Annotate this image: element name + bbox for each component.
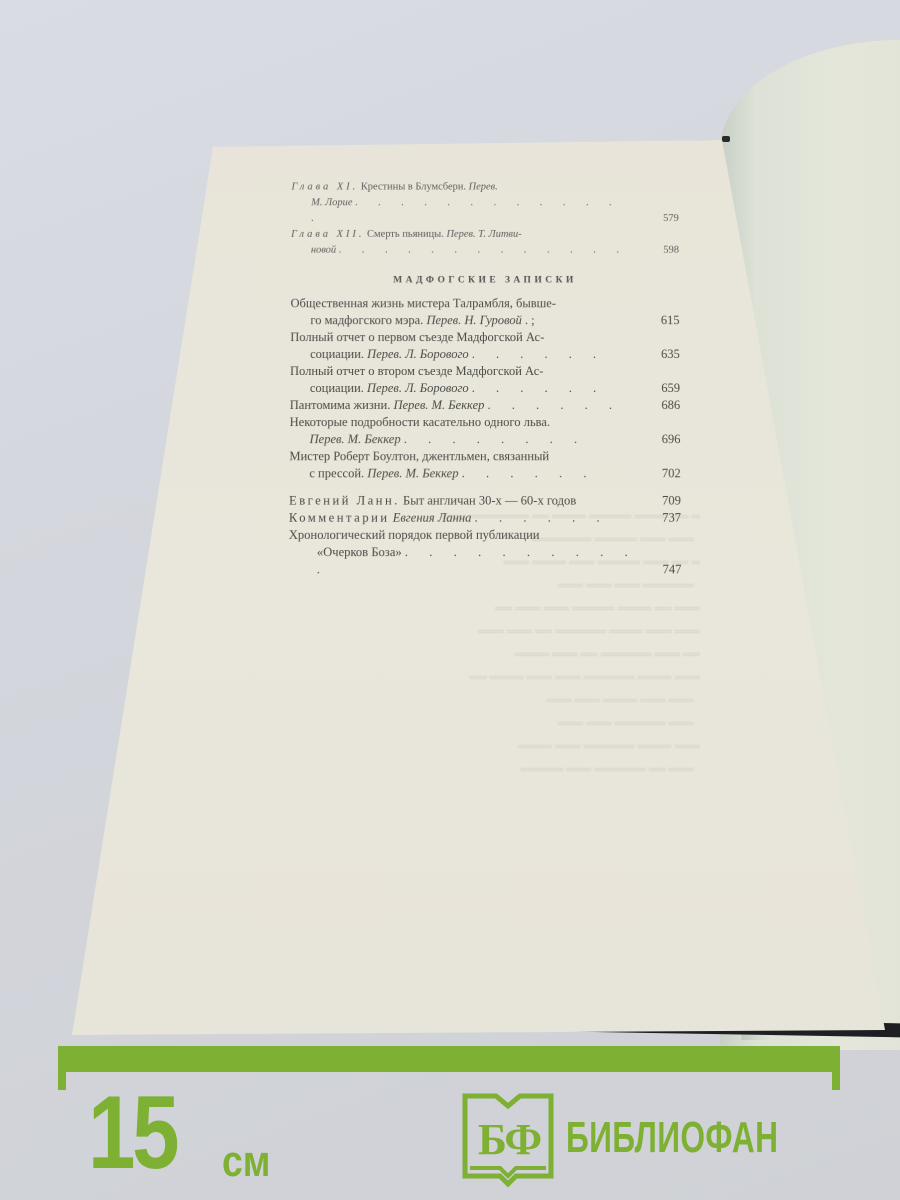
page-number: 696 — [638, 431, 680, 448]
page-number: 702 — [639, 465, 681, 482]
page-number: 709 — [639, 492, 681, 509]
chapter-label: Глава XI. — [291, 182, 358, 193]
entry-title-cont: социации. — [310, 347, 364, 361]
page-number: 615 — [638, 312, 680, 329]
page-number: 635 — [638, 346, 680, 363]
author-name: Евгений Ланн. — [289, 493, 400, 507]
entry-title: Некоторые подробности касательно одного … — [290, 414, 681, 431]
translator: Перев. Л. Борового — [367, 347, 468, 361]
entry-title: Быт англичан 30-х — 60-х годов — [403, 493, 576, 507]
ruler-tick-right — [832, 1046, 840, 1090]
toc-entry: Глава XI. Крестины в Блумсбери. Перев. М… — [291, 180, 679, 227]
size-ruler-bar — [58, 1046, 840, 1072]
translator: Перев. М. Беккер — [393, 398, 484, 412]
entry-title: Хронологический порядок первой публикаци… — [289, 527, 682, 544]
toc-entry: Евгений Ланн. Быт англичан 30-х — 60-х г… — [289, 492, 681, 509]
page-number: 659 — [638, 380, 680, 397]
entry-title: Мистер Роберт Боултон, джентльмен, связа… — [289, 448, 680, 465]
entry-title-cont: го мадфогского мэра. — [310, 313, 423, 327]
entry-title-cont: социации. — [310, 381, 364, 395]
toc-entry: Полный отчет о первом съезде Мадфогской … — [290, 329, 680, 363]
cover-corner — [722, 136, 730, 142]
entry-title: Смерть пьяницы. — [367, 229, 444, 240]
author-name: Евгения Ланна — [393, 511, 472, 525]
ruler-tick-left — [58, 1046, 66, 1090]
page-number: 747 — [639, 561, 681, 578]
table-of-contents: Глава XI. Крестины в Блумсбери. Перев. М… — [288, 180, 681, 579]
page-number: 686 — [638, 397, 680, 414]
size-number: 15 — [88, 1078, 176, 1188]
entry-title-cont: с прессой. — [309, 466, 364, 480]
toc-entry: Полный отчет о втором съезде Мадфогской … — [290, 363, 680, 397]
logo-letters: БФ — [464, 1116, 554, 1164]
page-number: 579 — [637, 211, 679, 227]
translator: Перев. — [469, 182, 498, 193]
toc-entry: Глава XII. Смерть пьяницы. Перев. Т. Лит… — [291, 227, 679, 259]
entry-title: Полный отчет о втором съезде Мадфогской … — [290, 363, 680, 380]
page-number: 598 — [637, 243, 679, 259]
size-unit: см — [222, 1138, 270, 1186]
toc-entry: Пантомима жизни. Перев. М. Беккер . . . … — [290, 397, 681, 414]
entry-title: Полный отчет о первом съезде Мадфогской … — [290, 329, 680, 346]
entry-title-cont: «Очерков Боза» — [317, 545, 402, 559]
entry-title: Комментарии — [289, 511, 390, 525]
toc-entry: Общественная жизнь мистера Талрамбля, бы… — [290, 295, 679, 329]
toc-entry: Хронологический порядок первой публикаци… — [288, 527, 681, 579]
entry-title: Крестины в Блумсбери. — [361, 182, 466, 193]
translator: Перев. М. Беккер — [367, 466, 458, 480]
entry-title: Общественная жизнь мистера Талрамбля, бы… — [290, 295, 679, 312]
brand-name: БИБЛИОФАН — [566, 1114, 778, 1162]
translator: М. Лорие — [311, 197, 352, 208]
translator: новой — [311, 245, 336, 256]
translator: Перев. Н. Гуровой — [426, 313, 521, 327]
leader-dots: . . . . . . . . . . . . . — [339, 245, 628, 256]
chapter-label: Глава XII. — [291, 229, 364, 240]
translator: Перев. М. Беккер — [310, 432, 401, 446]
entry-title: Пантомима жизни. — [290, 398, 391, 412]
leader-dots: . . . . . . . . . . . . . — [311, 197, 621, 224]
page-number: 737 — [639, 510, 681, 527]
section-heading: МАДФОГСКИЕ ЗАПИСКИ — [291, 272, 680, 289]
toc-entry: Некоторые подробности касательно одного … — [289, 414, 680, 448]
toc-entry: Мистер Роберт Боултон, джентльмен, связа… — [289, 448, 681, 482]
translator: Перев. Т. Литви- — [446, 229, 521, 240]
toc-entry: Комментарии Евгения Ланна . . . . . .737 — [289, 510, 681, 527]
translator: Перев. Л. Борового — [367, 381, 469, 395]
